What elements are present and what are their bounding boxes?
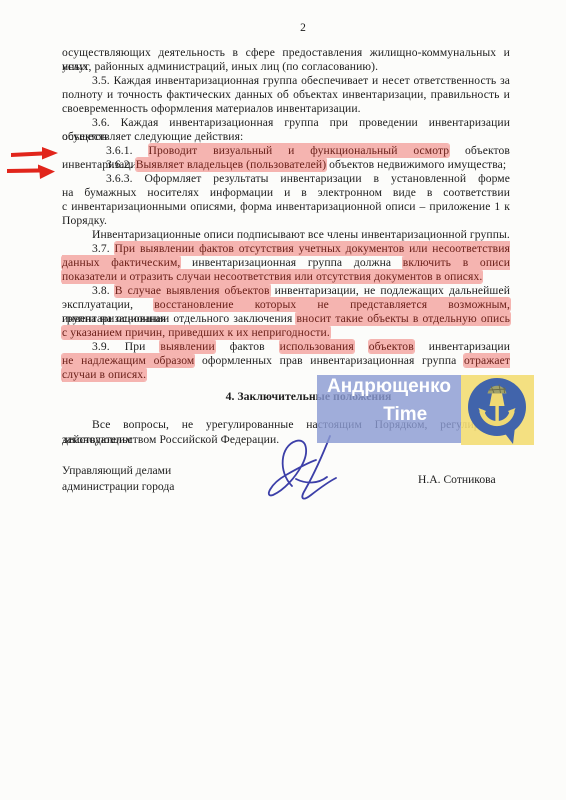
text-segment: группа на основании отдельного заключени… <box>62 312 296 325</box>
text-segment: своевременность оформления материалов ин… <box>62 102 361 115</box>
highlighted-text: показатели и отразить случаи несоответст… <box>62 270 482 283</box>
red-arrow-icon <box>11 147 58 160</box>
document-line: с инвентаризационными описями, форма инв… <box>62 200 510 214</box>
text-segment: 3.7. <box>92 242 115 255</box>
highlighted-text: с указанием причин, приведших к их непри… <box>62 326 330 339</box>
document-line: своевременность оформления материалов ин… <box>62 102 510 116</box>
text-segment: 3.6.2. <box>106 158 136 171</box>
highlighted-text: В случае выявления объектов <box>115 284 270 297</box>
document-line: 3.9. При выявлении фактов использования … <box>62 340 510 354</box>
red-annotation-arrows <box>6 144 62 188</box>
highlighted-text: вносит такие объекты в отдельную опись <box>296 312 510 325</box>
text-segment: объектов недвижимого имущества; <box>326 158 506 171</box>
text-segment <box>354 340 369 353</box>
text-segment: с инвентаризационными описями, форма инв… <box>62 200 510 213</box>
document-line: 3.8. В случае выявления объектов инвента… <box>62 284 510 298</box>
highlighted-text: Проводит визуальный и функциональный осм… <box>149 144 450 157</box>
highlighted-text: Выявляет владельцев (пользователей) <box>136 158 326 171</box>
text-segment: на бумажных носителях информации и в эле… <box>62 186 510 199</box>
watermark-text-line2: Time <box>383 404 427 426</box>
document-line: с указанием причин, приведших к их непри… <box>62 326 510 340</box>
text-segment: 3.9. При <box>92 340 160 353</box>
document-line: услуг, районных администраций, иных лиц … <box>62 60 510 74</box>
text-segment: Инвентаризационные описи подписывают все… <box>92 228 510 241</box>
document-line: осуществляет следующие действия: <box>62 130 510 144</box>
signer-name: Н.А. Сотникова <box>418 473 496 486</box>
text-segment: Порядку. <box>62 214 107 227</box>
document-line: Порядку. <box>62 214 510 228</box>
text-segment: инвентаризации, не подлежащих дальнейшей <box>270 284 510 297</box>
highlighted-text: случаи в описях. <box>62 368 146 381</box>
highlighted-text: восстановление которых не представляется… <box>154 298 510 311</box>
document-line: показатели и отразить случаи несоответст… <box>62 270 510 284</box>
document-line: 3.6.3. Оформляет результаты инвентаризац… <box>62 172 510 186</box>
document-line: 3.7. При выявлении фактов отсутствия уче… <box>62 242 510 256</box>
watermark-text-line1: Андрющенко <box>317 376 461 398</box>
document-line: 3.6.1. Проводит визуальный и функциональ… <box>62 144 510 158</box>
text-segment: законодательством Российской Федерации. <box>62 433 279 446</box>
signature-ink <box>256 432 352 512</box>
channel-logo <box>461 375 534 445</box>
page-number: 2 <box>0 22 566 34</box>
text-segment: фактов <box>215 340 280 353</box>
text-segment: услуг, районных администраций, иных лиц … <box>62 60 378 73</box>
document-line: полноту и точность фактических данных об… <box>62 88 510 102</box>
text-segment: инвентаризации <box>414 340 510 353</box>
signer-title: Управляющий делами администрации города <box>62 463 174 494</box>
signer-title-line2: администрации города <box>62 479 174 495</box>
watermark-band: Андрющенко Time <box>317 375 461 443</box>
document-line: осуществляющих деятельность в сфере пред… <box>62 46 510 60</box>
text-segment: 3.8. <box>92 284 115 297</box>
highlighted-text: объектов <box>369 340 414 353</box>
text-segment: 3.5. Каждая инвентаризационная группа об… <box>92 74 510 87</box>
document-line: Инвентаризационные описи подписывают все… <box>62 228 510 242</box>
scanned-document-page: 2 осуществляющих деятельность в сфере пр… <box>0 0 566 800</box>
text-segment: 3.6.3. Оформляет результаты инвентаризац… <box>106 172 510 185</box>
watermark-logo-square <box>461 375 534 445</box>
text-segment: инвентаризационная группа должна <box>180 256 402 269</box>
text-segment: полноту и точность фактических данных об… <box>62 88 510 101</box>
text-segment: 3.6.1. <box>106 144 149 157</box>
red-arrow-icon <box>7 165 55 180</box>
document-line: не надлежащим образом оформленных прав и… <box>62 354 510 368</box>
body-text-block: осуществляющих деятельность в сфере пред… <box>62 46 510 382</box>
text-segment: оформленных прав инвентаризационная груп… <box>194 354 464 367</box>
highlighted-text: выявлении <box>160 340 214 353</box>
highlighted-text: использования <box>280 340 354 353</box>
signer-title-line1: Управляющий делами <box>62 463 174 479</box>
document-line: на бумажных носителях информации и в эле… <box>62 186 510 200</box>
text-segment: осуществляет следующие действия: <box>62 130 243 143</box>
highlighted-text: не надлежащим образом <box>62 354 194 367</box>
highlighted-text: данных фактическим, <box>62 256 180 269</box>
document-line: группа на основании отдельного заключени… <box>62 312 510 326</box>
document-line: данных фактическим, инвентаризационная г… <box>62 256 510 270</box>
document-line: 3.6. Каждая инвентаризационная группа пр… <box>62 116 510 130</box>
document-line: эксплуатации, восстановление которых не … <box>62 298 510 312</box>
document-line: 3.6.2. Выявляет владельцев (пользователе… <box>62 158 510 172</box>
text-segment: эксплуатации, <box>62 298 154 311</box>
document-line: 3.5. Каждая инвентаризационная группа об… <box>62 74 510 88</box>
